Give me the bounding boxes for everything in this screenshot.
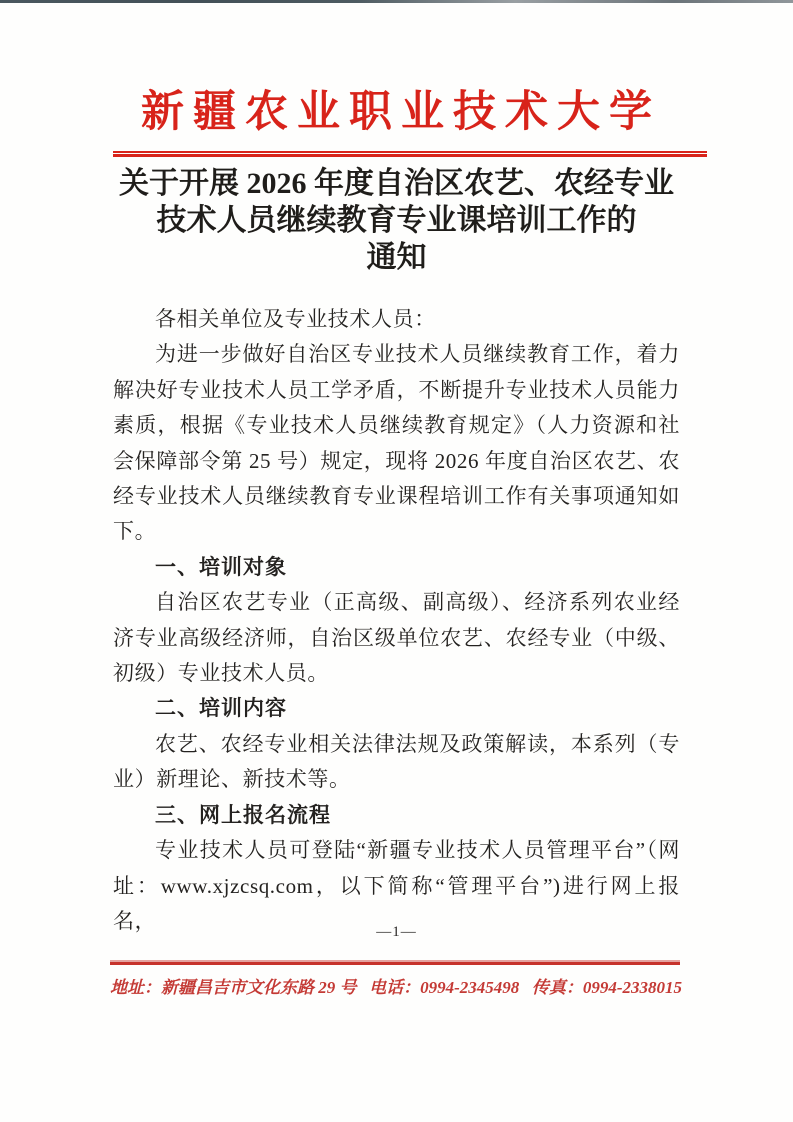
section-heading-training-targets: 一、培训对象 [113, 550, 680, 585]
salutation-line: 各相关单位及专业技术人员： [113, 302, 680, 337]
page-content: 新疆农业职业技术大学 关于开展 2026 年度自治区农艺、农经专业 技术人员继续… [113, 0, 680, 939]
document-title-line-3: 通知 [113, 239, 680, 276]
footer-contact-info: 地址：新疆昌吉市文化东路 29 号 电话：0994-2345498 传真：099… [110, 976, 682, 1000]
website-url: www.xjzcsq.com [161, 874, 314, 898]
scanned-notice-page: 新疆农业职业技术大学 关于开展 2026 年度自治区农艺、农经专业 技术人员继续… [0, 0, 793, 1122]
document-title-line-1: 关于开展 2026 年度自治区农艺、农经专业 [113, 165, 680, 202]
document-title-line-2: 技术人员继续教育专业课培训工作的 [113, 202, 680, 239]
document-body: 各相关单位及专业技术人员： 为进一步做好自治区专业技术人员继续教育工作，着力解决… [113, 302, 680, 939]
letterhead-divider-rule [113, 151, 707, 157]
footer-fax: 传真：0994-2338015 [532, 976, 682, 1000]
footer-phone: 电话：0994-2345498 [369, 976, 519, 1000]
section-body-training-content: 农艺、农经专业相关法律法规及政策解读，本系列（专业）新理论、新技术等。 [113, 727, 680, 798]
page-number: —1— [0, 924, 793, 941]
section-heading-training-content: 二、培训内容 [113, 691, 680, 726]
footer-address: 地址：新疆昌吉市文化东路 29 号 [110, 976, 357, 1000]
university-letterhead: 新疆农业职业技术大学 [113, 88, 680, 138]
document-title: 关于开展 2026 年度自治区农艺、农经专业 技术人员继续教育专业课培训工作的 … [113, 165, 680, 276]
footer-divider-rule [110, 962, 680, 965]
intro-paragraph: 为进一步做好自治区专业技术人员继续教育工作，着力解决好专业技术人员工学矛盾，不断… [113, 337, 680, 549]
section-heading-online-registration: 三、网上报名流程 [113, 798, 680, 833]
section-body-training-targets: 自治区农艺专业（正高级、副高级）、经济系列农业经济专业高级经济师，自治区级单位农… [113, 585, 680, 691]
